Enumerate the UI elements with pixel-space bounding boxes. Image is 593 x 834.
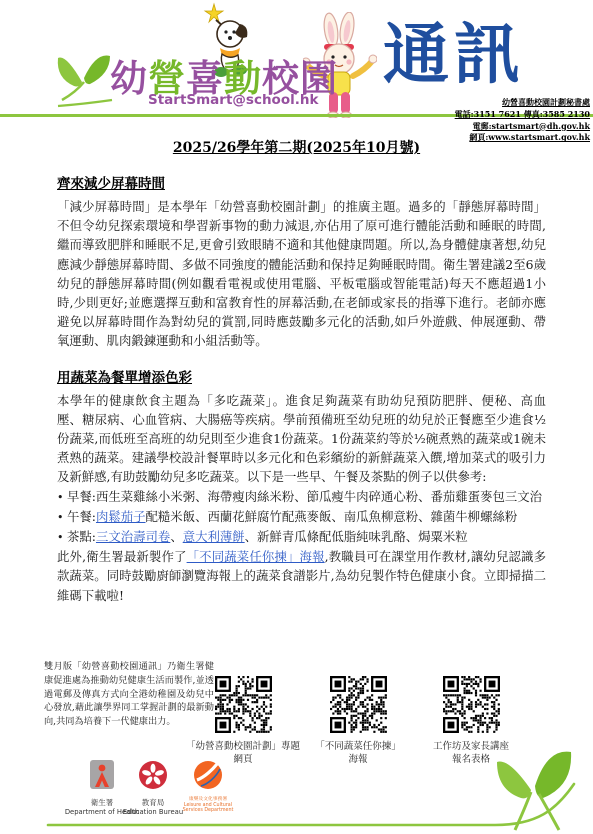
recipe-link[interactable]: 意大利薄餅 xyxy=(183,529,245,544)
qr-code xyxy=(215,676,272,733)
text-run: 此外,衛生署最新製作了 xyxy=(57,549,187,564)
qr-code xyxy=(443,676,500,733)
qr-label: 「不同蔬菜任你揀」海報 xyxy=(315,740,401,766)
text-run: 茶點: xyxy=(67,529,96,544)
text-run: 、 xyxy=(170,529,182,544)
contact-office: 幼營喜動校園計劃秘書處 xyxy=(455,97,590,109)
text-run: 、新鮮青瓜條配低脂純味乳酪、焗粟米粒 xyxy=(245,529,468,544)
contact-email-link[interactable]: 電郵:startsmart@dh.gov.hk xyxy=(455,121,590,133)
menu-item: 午餐:肉鬆茄子配糙米飯、西蘭花鮮腐竹配燕麥飯、南瓜魚柳意粉、雜菌牛柳螺絲粉 xyxy=(57,507,546,527)
menu-item: 茶點:三文治壽司卷、意大利薄餅、新鮮青瓜條配低脂純味乳酪、焗粟米粒 xyxy=(57,527,546,547)
newsletter-page: 幼營喜動校園 StartSmart@school.hk 通訊 幼營喜動校園計劃秘… xyxy=(0,0,593,834)
contact-phone-fax: 電話:3151 7621 傳真:3585 2130 xyxy=(455,109,590,121)
text-run: 早餐:西生菜雞絲小米粥、海帶瘦肉絲米粉、節瓜瘦牛肉碎通心粉、番茄雞蛋麥包三文治 xyxy=(67,489,542,504)
footer-leaf-icon xyxy=(495,742,573,832)
logo-leaf-icon xyxy=(56,48,114,110)
section-heading-vegetables: 用蔬菜為餐單增添色彩 xyxy=(57,366,546,386)
article-content: 齊來減少屏幕時間 「減少屏幕時間」是本學年「幼營喜動校園計劃」的推廣主題。過多的… xyxy=(57,172,546,605)
masthead-title: 通訊 xyxy=(383,22,525,88)
recipe-link[interactable]: 三文治壽司卷 xyxy=(96,529,170,544)
veg-closing-paragraph: 此外,衛生署最新製作了「不同蔬菜任你揀」海報,教職員可在課堂用作教材,讓幼兒認識… xyxy=(57,547,546,605)
screen-time-paragraph: 「減少屏幕時間」是本學年「幼營喜動校園計劃」的推廣主題。過多的「靜態屏幕時間」不… xyxy=(57,197,546,351)
logo-char: 幼 xyxy=(110,57,148,100)
veg-intro-paragraph: 本學年的健康飲食主題為「多吃蔬菜」。進食足夠蔬菜有助幼兒預防肥胖、便秘、高血壓、… xyxy=(57,391,546,487)
section-heading-screen-time: 齊來減少屏幕時間 xyxy=(57,172,546,192)
recipe-link[interactable]: 「不同蔬菜任你揀」海報 xyxy=(187,549,325,564)
logo-subtitle: StartSmart@school.hk xyxy=(148,92,318,108)
text-run: 配糙米飯、西蘭花鮮腐竹配燕麥飯、南瓜魚柳意粉、雜菌牛柳螺絲粉 xyxy=(146,509,518,524)
recipe-link[interactable]: 肉鬆茄子 xyxy=(96,509,146,524)
menu-list: 早餐:西生菜雞絲小米粥、海帶瘦肉絲米粉、節瓜瘦牛肉碎通心粉、番茄雞蛋麥包三文治午… xyxy=(57,487,546,548)
qr-code xyxy=(330,676,387,733)
text-run: 午餐: xyxy=(67,509,96,524)
issue-title: 2025/26學年第二期(2025年10月號) xyxy=(0,137,593,157)
menu-item: 早餐:西生菜雞絲小米粥、海帶瘦肉絲米粉、節瓜瘦牛肉碎通心粉、番茄雞蛋麥包三文治 xyxy=(57,487,546,507)
